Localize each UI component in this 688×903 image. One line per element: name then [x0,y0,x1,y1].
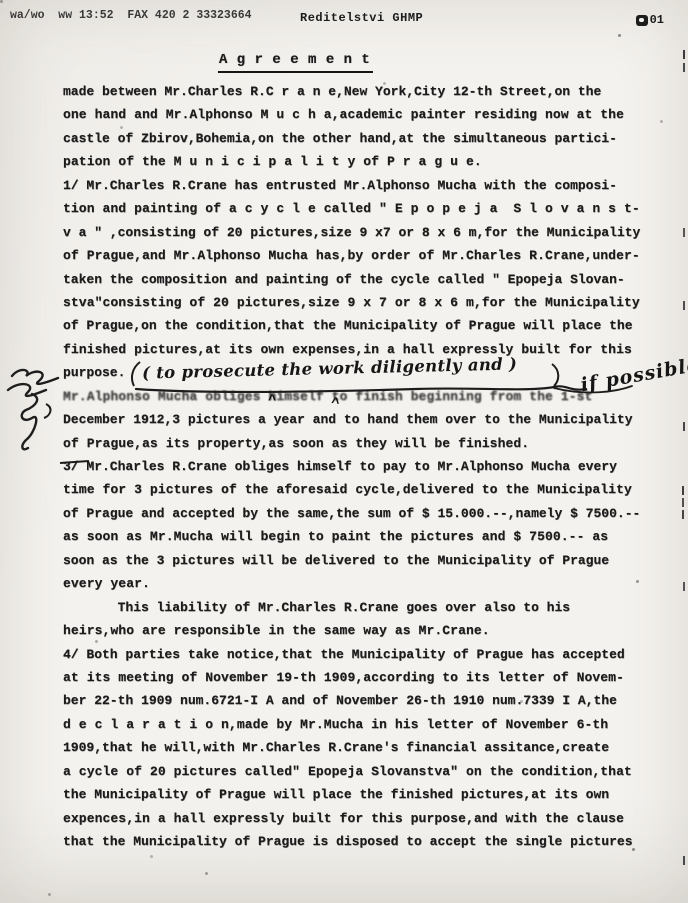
document-line: one hand and Mr.Alphonso M u c h a,acade… [63,107,663,130]
document-line: December 1912,3 pictures a year and to h… [63,412,663,435]
document-line: expences,in a hall expressly built for t… [63,811,663,834]
fax-sender: Reditelstvi GHMP [300,11,423,25]
document-line: castle of Zbirov,Bohemia,on the other ha… [63,131,663,154]
document-title: A g r e e m e n t [218,52,373,73]
document-line: This liability of Mr.Charles R.Crane goe… [63,600,663,623]
document-line: 1909,that he will,with Mr.Charles R.Cran… [63,740,663,763]
document-line: taken the composition and painting of th… [63,272,663,295]
handwritten-annotation: ( to prosecute the work diligently and )… [116,356,688,408]
document-body: made between Mr.Charles R.C r a n e,New … [63,84,663,857]
document-line: made between Mr.Charles R.C r a n e,New … [63,84,663,107]
margin-scribble [2,360,74,460]
document-line: 1/ Mr.Charles R.Crane has entrusted Mr.A… [63,178,663,201]
fax-document-page: wa/wo ww 13:52 FAX 420 2 33323664 Redite… [0,0,688,903]
insertion-caret: ^ [268,393,276,409]
document-line: that the Municipality of Prague is dispo… [63,834,663,857]
document-line: every year. [63,576,663,599]
document-line: soon as the 3 pictures will be delivered… [63,553,663,576]
document-line: 4/ Both parties take notice,that the Mun… [63,647,663,670]
scan-edge-artifacts [683,50,686,59]
document-line: of Prague,as its property,as soon as the… [63,436,663,459]
document-line: d e c l a r a t i o n,made by Mr.Mucha i… [63,717,663,740]
document-line: ber 22-th 1909 num.6721-I A and of Novem… [63,693,663,716]
document-line: of Prague and accepted by the same,the s… [63,506,663,529]
scan-noise-specks [0,0,3,3]
document-line: tion and painting of a c y c l e called … [63,201,663,224]
fax-page-indicator: 01 [636,13,664,27]
document-line: stva"consisting of 20 pictures,size 9 x … [63,295,663,318]
document-line: v a " ,consisting of 20 pictures,size 9 … [63,225,663,248]
document-line: at its meeting of November 19-th 1909,ac… [63,670,663,693]
document-line: the Municipality of Prague will place th… [63,787,663,810]
document-line: a cycle of 20 pictures called" Epopeja S… [63,764,663,787]
document-line: of Prague,and Mr.Alphonso Mucha has,by o… [63,248,663,271]
document-line: as soon as Mr.Mucha will begin to paint … [63,529,663,552]
fax-page-number: 01 [650,13,664,27]
document-line: time for 3 pictures of the aforesaid cyc… [63,482,663,505]
document-line: heirs,who are responsible in the same wa… [63,623,663,646]
fax-timestamp: wa/wo ww 13:52 FAX 420 2 33323664 [10,9,252,22]
document-line: pation of the M u n i c i p a l i t y of… [63,154,663,177]
document-line: 3/ Mr.Charles R.Crane obliges himself to… [63,459,663,482]
document-line: of Prague,on the condition,that the Muni… [63,318,663,341]
fax-page-icon [636,15,648,26]
